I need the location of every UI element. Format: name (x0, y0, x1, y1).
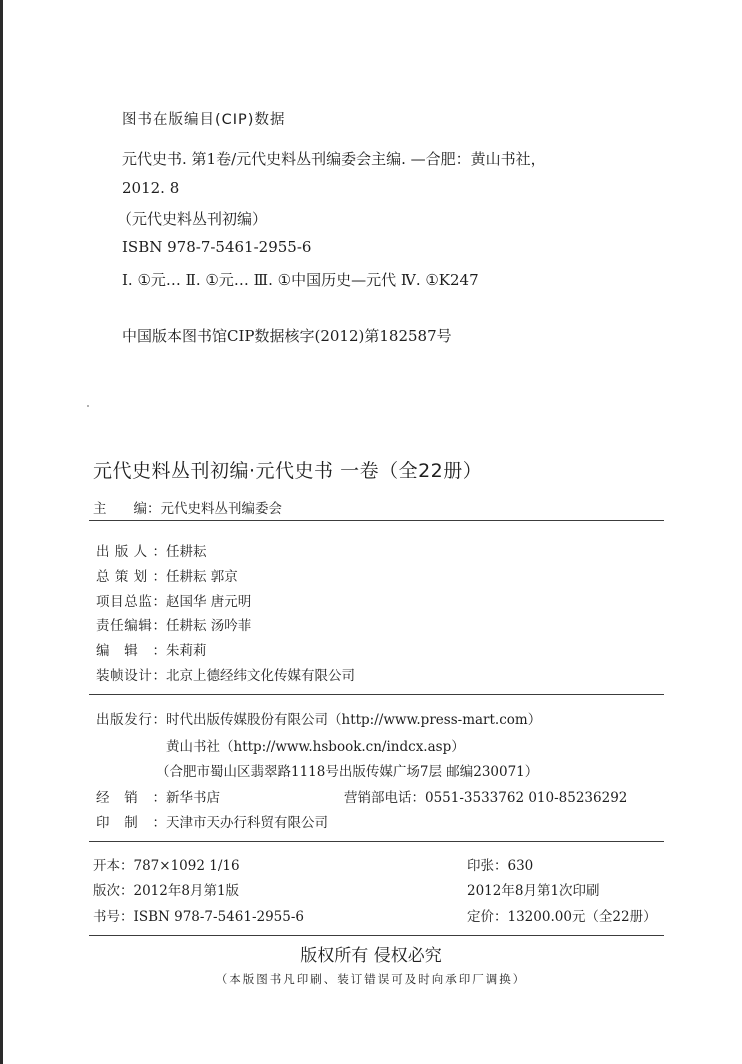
price-label: 定价： (467, 909, 508, 925)
staff-label: 项目总监： (96, 590, 166, 610)
chief-editor-row: 主 编：元代史料丛刊编委会 (93, 497, 282, 517)
price-row: 定价：13200.00元（全22册） (467, 905, 657, 925)
staff-value: 赵国华 唐元明 (166, 594, 251, 610)
divider-1 (89, 520, 664, 521)
sheets-label: 印张： (467, 858, 508, 874)
cip-title: 图书在版编目(CIP)数据 (122, 108, 285, 129)
copyright-note: （本版图书凡印刷、装订错误可及时向承印厂调换） (0, 971, 742, 987)
staff-label: 装帧设计： (96, 664, 166, 684)
staff-label: 总策划： (96, 565, 166, 585)
publisher-address: （合肥市蜀山区翡翠路1118号出版传媒广场7层 邮编230071） (156, 760, 538, 780)
distributor-row: 经销：新华书店 (96, 786, 220, 806)
format-row: 开本：787×1092 1/16 (93, 854, 240, 874)
copyright-notice: 版权所有 侵权必究 (0, 941, 742, 966)
cip-verification: 中国版本图书馆CIP数据核字(2012)第182587号 (122, 325, 452, 346)
chief-editor-label: 主 编： (93, 501, 161, 517)
publisher-1: 时代出版传媒股份有限公司（http://www.press-mart.com） (166, 712, 541, 728)
staff-row-director: 项目总监：赵国华 唐元明 (96, 590, 251, 610)
staff-row-publisher: 出版人：任耕耘 (96, 540, 207, 560)
staff-label: 出版人： (96, 540, 166, 560)
phone-value: 0551-3533762 010-85236292 (425, 790, 627, 806)
staff-value: 朱莉莉 (166, 643, 207, 659)
cip-line-classification: Ⅰ. ①元… Ⅱ. ①元… Ⅲ. ①中国历史—元代 Ⅳ. ①K247 (122, 269, 479, 290)
phone-label: 营销部电话： (344, 790, 425, 806)
staff-value: 北京上德经纬文化传媒有限公司 (166, 668, 355, 684)
publisher-row: 出版发行：时代出版传媒股份有限公司（http://www.press-mart.… (96, 708, 541, 728)
distributor-value: 新华书店 (166, 790, 220, 806)
format-value: 787×1092 1/16 (134, 858, 240, 874)
printer-label: 印制： (96, 811, 166, 831)
scan-speck (87, 405, 89, 407)
phone-row: 营销部电话：0551-3533762 010-85236292 (344, 786, 627, 806)
staff-row-editor: 编辑：朱莉莉 (96, 639, 207, 659)
edition-label: 版次： (93, 883, 134, 899)
printing-value: 2012年8月第1次印刷 (467, 879, 600, 899)
edition-row: 版次：2012年8月第1版 (93, 879, 239, 899)
isbn-label: 书号： (93, 909, 134, 925)
printer-row: 印制：天津市天办行科贸有限公司 (96, 811, 328, 831)
cip-line-isbn: ISBN 978-7-5461-2955-6 (122, 238, 311, 256)
distributor-label: 经销： (96, 786, 166, 806)
staff-label: 责任编辑： (96, 614, 166, 634)
staff-row-planner: 总策划：任耕耘 郭京 (96, 565, 238, 585)
price-value: 13200.00元（全22册） (508, 909, 657, 925)
divider-3 (89, 841, 664, 842)
sheets-row: 印张：630 (467, 854, 533, 874)
staff-value: 任耕耘 (166, 544, 207, 560)
isbn-value: ISBN 978-7-5461-2955-6 (134, 909, 305, 925)
divider-4 (89, 935, 664, 936)
cip-line-series: （元代史料丛刊初编） (117, 208, 267, 229)
isbn-row: 书号：ISBN 978-7-5461-2955-6 (93, 905, 304, 925)
cip-line-date: 2012. 8 (122, 179, 179, 197)
page-edge-border (0, 0, 3, 1064)
edition-value: 2012年8月第1版 (134, 883, 240, 899)
cip-line-title: 元代史书. 第1卷/元代史料丛刊编委会主编. —合肥：黄山书社， (122, 148, 546, 169)
staff-label: 编辑： (96, 639, 166, 659)
staff-value: 任耕耘 郭京 (166, 569, 238, 585)
staff-row-design: 装帧设计：北京上德经纬文化传媒有限公司 (96, 664, 355, 684)
sheets-value: 630 (508, 858, 534, 874)
staff-value: 任耕耘 汤吟菲 (166, 618, 251, 634)
series-title: 元代史料丛刊初编·元代史书 一卷（全22册） (93, 456, 482, 483)
chief-editor-value: 元代史料丛刊编委会 (161, 501, 283, 517)
divider-2 (89, 694, 664, 695)
format-label: 开本： (93, 858, 134, 874)
publisher-2: 黄山书社（http://www.hsbook.cn/indcx.asp） (166, 735, 465, 755)
printer-value: 天津市天办行科贸有限公司 (166, 815, 328, 831)
publisher-label: 出版发行： (96, 708, 166, 728)
staff-row-responsible-editor: 责任编辑：任耕耘 汤吟菲 (96, 614, 251, 634)
